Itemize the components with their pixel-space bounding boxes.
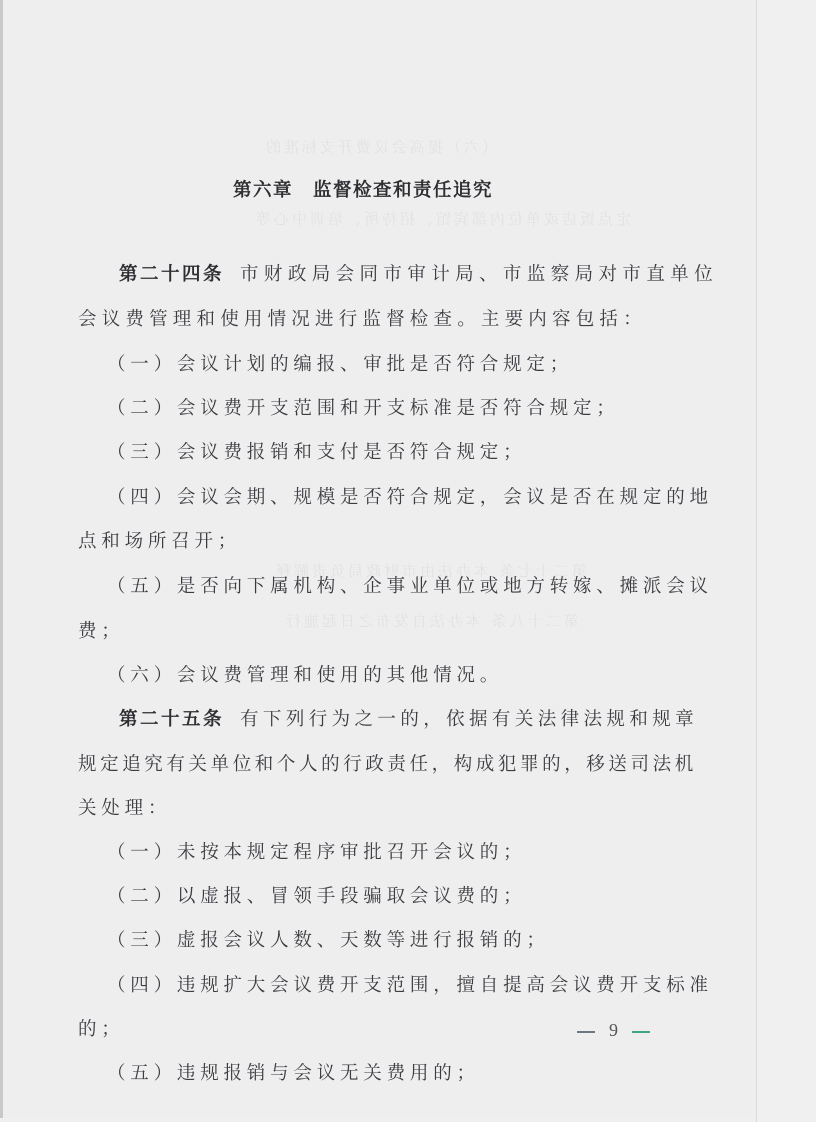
show-through-text: （六）提高会议费开支标准的 bbox=[263, 136, 497, 157]
article-24-item: （二）会议费开支范围和开支标准是否符合规定； bbox=[107, 394, 620, 420]
show-through-text: 定点饭店或单位内部宾馆、招待所、培训中心等 bbox=[253, 208, 631, 229]
article-24-line-2: 会议费管理和使用情况进行监督检查。主要内容包括： bbox=[78, 305, 647, 331]
article-25-first-line: 第二十五条有下列行为之一的，依据有关法律法规和规章 bbox=[119, 705, 698, 731]
show-through-text: 第二十八条 本办法自发布之日起施行 bbox=[283, 610, 579, 631]
article-24-item: （六）会议费管理和使用的其他情况。 bbox=[107, 661, 503, 687]
article-24-item: （一）会议计划的编报、审批是否符合规定； bbox=[107, 350, 573, 376]
article-25-line-3: 关处理： bbox=[78, 794, 171, 820]
article-25-item: （二）以虚报、冒领手段骗取会议费的； bbox=[107, 882, 526, 908]
article-24-label: 第二十四条 bbox=[119, 264, 224, 285]
article-24-first-line: 第二十四条市财政局会同市审计局、市监察局对市直单位 bbox=[119, 260, 718, 286]
article-24-item-continuation: 费； bbox=[78, 617, 125, 643]
article-25-line-2: 规定追究有关单位和个人的行政责任，构成犯罪的，移送司法机 bbox=[78, 750, 697, 776]
article-24-text: 市财政局会同市审计局、市监察局对市直单位 bbox=[240, 264, 718, 285]
article-25-text: 有下列行为之一的，依据有关法律法规和规章 bbox=[240, 709, 698, 730]
article-24-item: （四）会议会期、规模是否符合规定，会议是否在规定的地 bbox=[107, 483, 713, 509]
article-24-item: （三）会议费报销和支付是否符合规定； bbox=[107, 438, 526, 464]
chapter-title: 第六章监督检查和责任追究 bbox=[233, 176, 493, 202]
dash-left bbox=[577, 1031, 595, 1033]
article-25-label: 第二十五条 bbox=[119, 709, 224, 730]
dash-right bbox=[632, 1031, 650, 1033]
article-25-item-continuation: 的； bbox=[78, 1015, 125, 1041]
article-24-item-continuation: 点和场所召开； bbox=[78, 527, 241, 553]
document-page: （六）提高会议费开支标准的 定点饭店或单位内部宾馆、招待所、培训中心等 第二十七… bbox=[0, 0, 756, 1118]
page-number-value: 9 bbox=[609, 1020, 618, 1040]
chapter-number: 第六章 bbox=[233, 180, 293, 201]
article-25-item: （三）虚报会议人数、天数等进行报销的； bbox=[107, 926, 550, 952]
page-number: 9 bbox=[563, 1020, 664, 1041]
article-24-item: （五）是否向下属机构、企事业单位或地方转嫁、摊派会议 bbox=[107, 572, 713, 598]
scan-margin-strip bbox=[756, 0, 816, 1122]
article-25-item: （一）未按本规定程序审批召开会议的； bbox=[107, 838, 526, 864]
chapter-name: 监督检查和责任追究 bbox=[313, 180, 493, 201]
article-25-item: （四）违规扩大会议费开支范围，擅自提高会议费开支标准 bbox=[107, 971, 713, 997]
article-25-item: （五）违规报销与会议无关费用的； bbox=[107, 1059, 480, 1085]
